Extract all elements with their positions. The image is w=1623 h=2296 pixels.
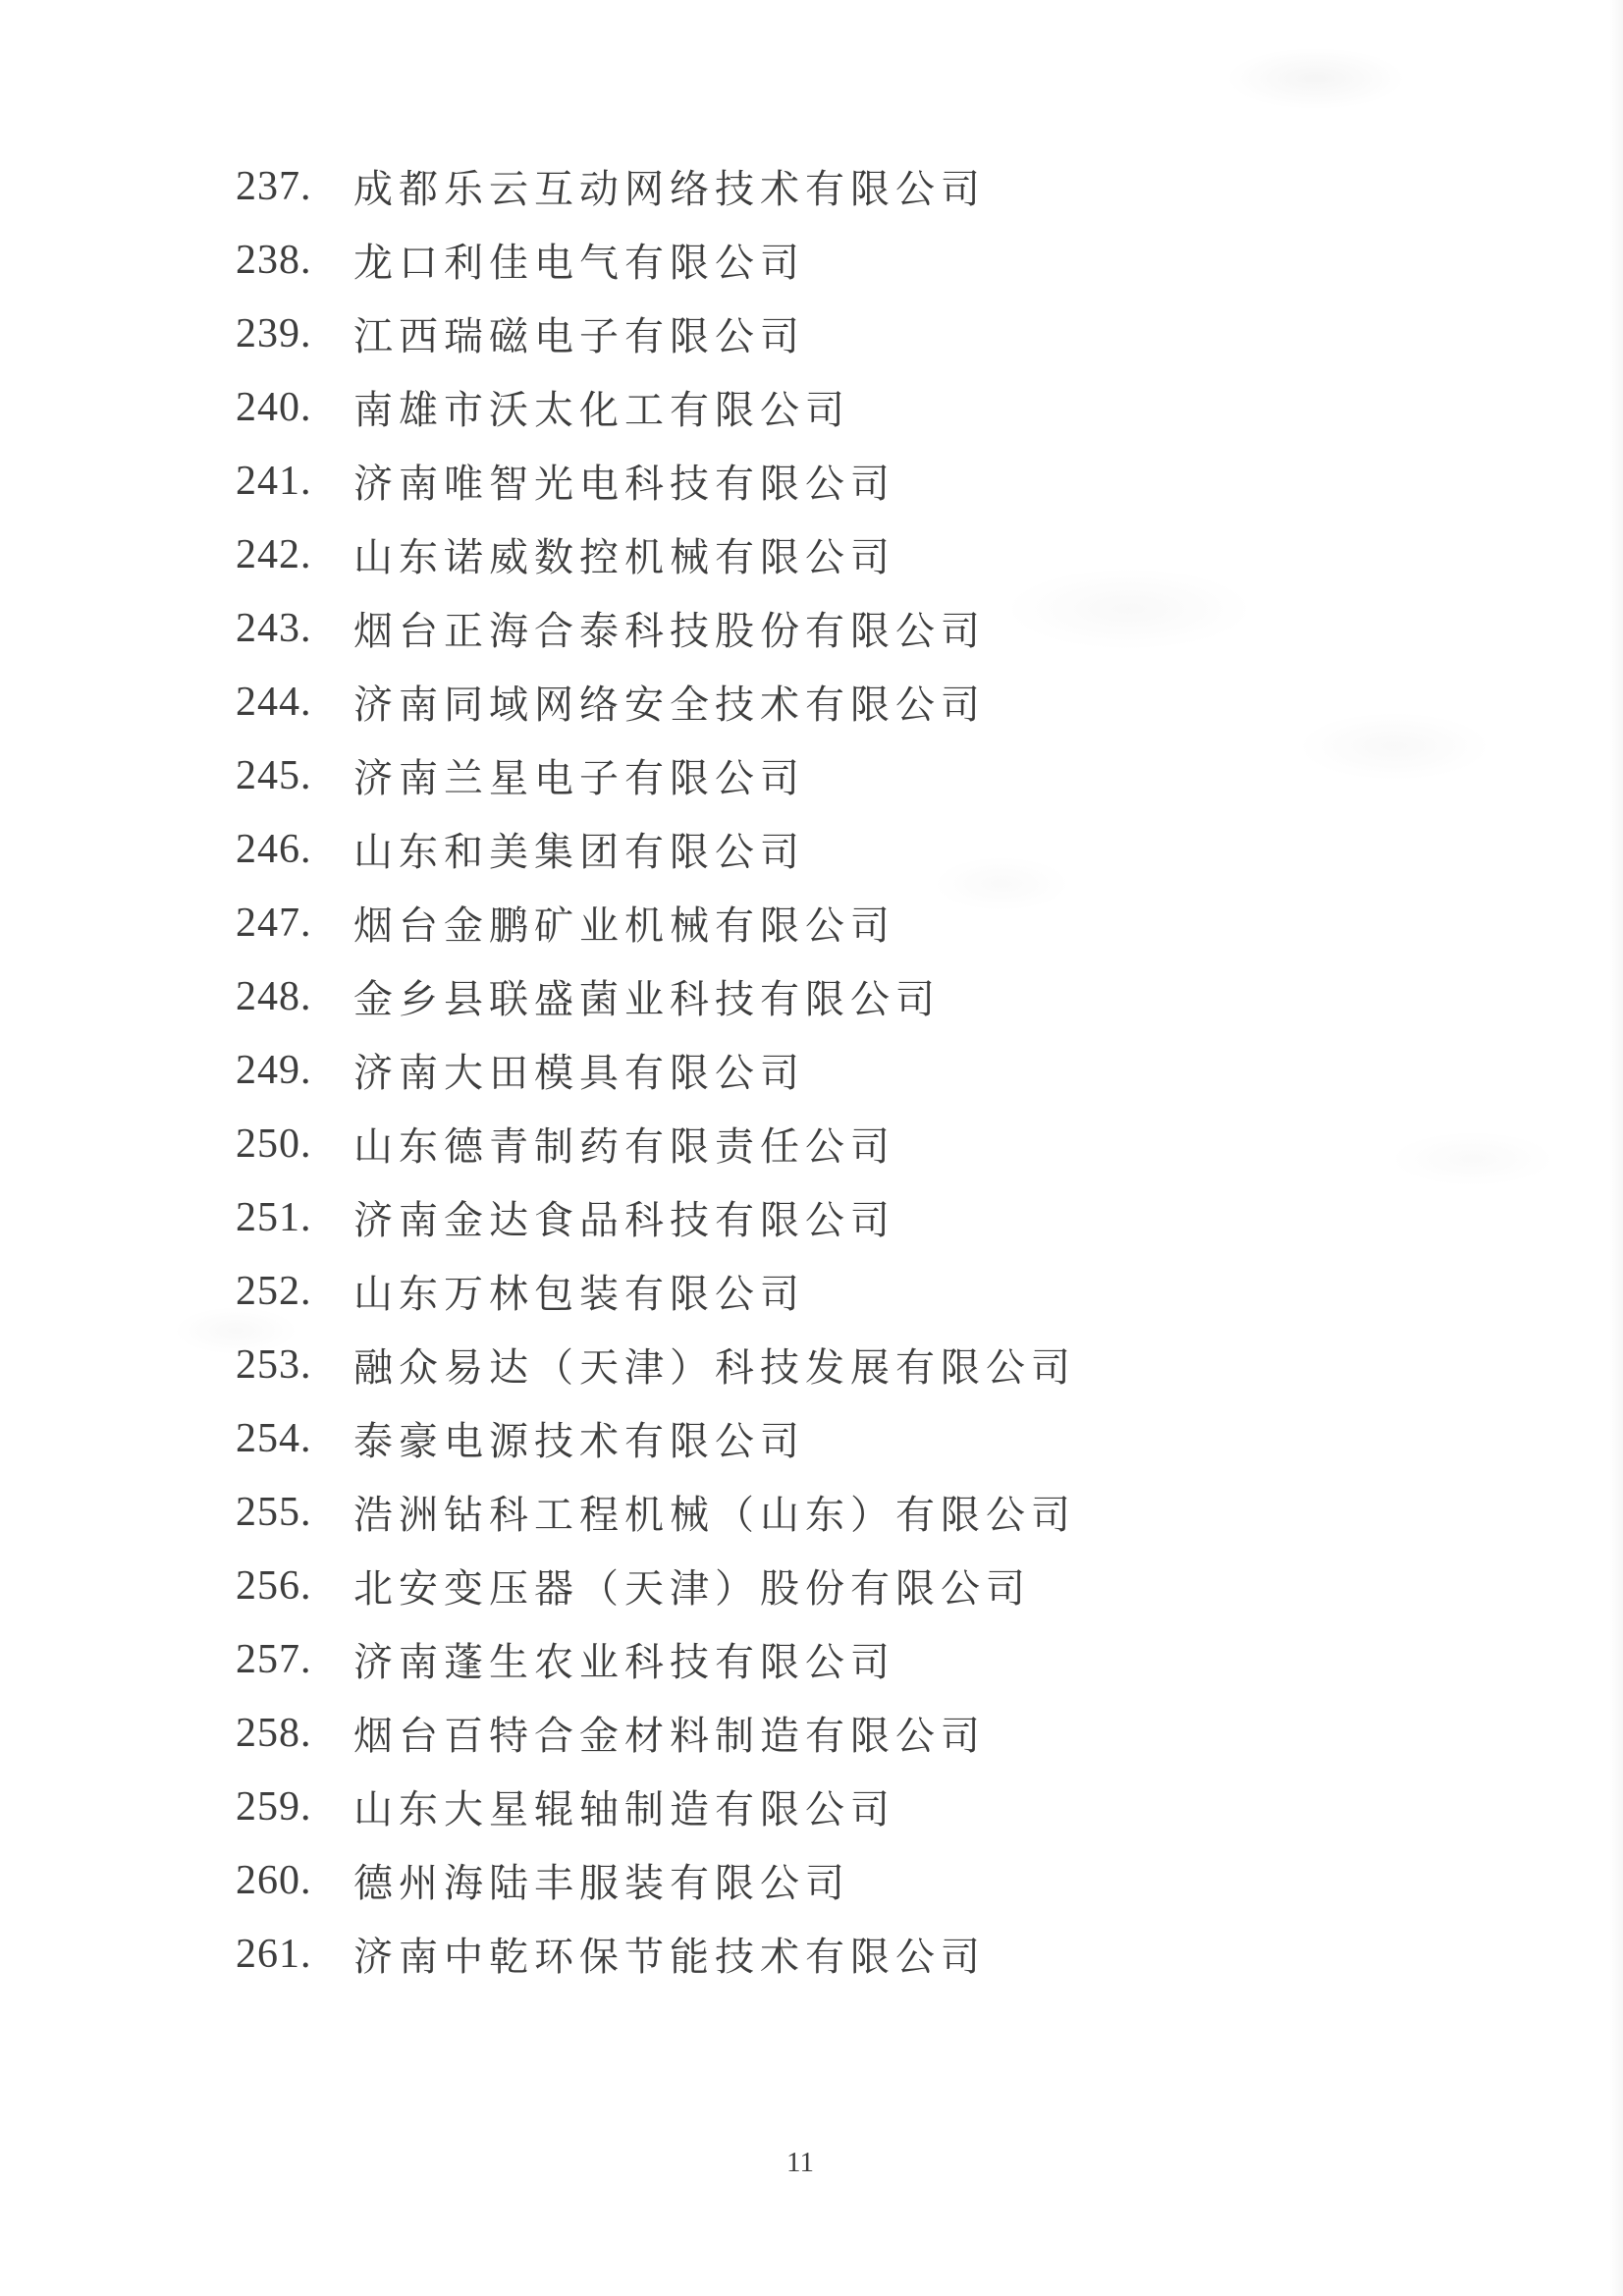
list-item: 239. 江西瑞磁电子有限公司	[236, 297, 1623, 370]
item-company-name: 德州海陆丰服装有限公司	[353, 1852, 850, 1908]
item-number: 258.	[236, 1710, 353, 1757]
list-item: 257. 济南蓬生农业科技有限公司	[236, 1622, 1623, 1696]
item-company-name: 南雄市沃太化工有限公司	[353, 379, 850, 435]
list-item: 241. 济南唯智光电科技有限公司	[236, 444, 1623, 518]
item-number: 259.	[236, 1783, 353, 1831]
item-number: 250.	[236, 1121, 353, 1168]
list-item: 254. 泰豪电源技术有限公司	[236, 1401, 1623, 1475]
list-item: 244. 济南同域网络安全技术有限公司	[236, 665, 1623, 738]
item-company-name: 烟台金鹏矿业机械有限公司	[353, 895, 895, 951]
list-item: 243. 烟台正海合泰科技股份有限公司	[236, 591, 1623, 665]
item-company-name: 金乡县联盛菌业科技有限公司	[353, 968, 941, 1024]
item-number: 241.	[236, 458, 353, 505]
item-number: 246.	[236, 826, 353, 873]
item-company-name: 济南唯智光电科技有限公司	[353, 453, 895, 509]
item-number: 257.	[236, 1636, 353, 1683]
item-number: 253.	[236, 1341, 353, 1389]
list-item: 252. 山东万林包装有限公司	[236, 1254, 1623, 1328]
item-company-name: 山东万林包装有限公司	[353, 1263, 805, 1319]
item-number: 239.	[236, 310, 353, 357]
item-company-name: 浩洲钻科工程机械（山东）有限公司	[353, 1484, 1076, 1540]
list-item: 246. 山东和美集团有限公司	[236, 812, 1623, 886]
item-company-name: 融众易达（天津）科技发展有限公司	[353, 1337, 1076, 1393]
item-number: 237.	[236, 163, 353, 210]
item-company-name: 烟台正海合泰科技股份有限公司	[353, 600, 986, 656]
list-item: 261. 济南中乾环保节能技术有限公司	[236, 1917, 1623, 1991]
page-number: 11	[786, 2147, 814, 2178]
item-company-name: 济南大田模具有限公司	[353, 1042, 805, 1098]
item-company-name: 山东德青制药有限责任公司	[353, 1116, 895, 1172]
list-item: 253. 融众易达（天津）科技发展有限公司	[236, 1328, 1623, 1401]
item-company-name: 山东诺威数控机械有限公司	[353, 526, 895, 582]
item-number: 243.	[236, 605, 353, 652]
document-page: 237. 成都乐云互动网络技术有限公司 238. 龙口利佳电气有限公司 239.…	[0, 0, 1623, 2296]
list-item: 256. 北安变压器（天津）股份有限公司	[236, 1549, 1623, 1622]
list-item: 249. 济南大田模具有限公司	[236, 1033, 1623, 1107]
list-item: 259. 山东大星辊轴制造有限公司	[236, 1770, 1623, 1843]
item-company-name: 济南蓬生农业科技有限公司	[353, 1631, 895, 1687]
item-company-name: 济南金达食品科技有限公司	[353, 1189, 895, 1245]
item-number: 248.	[236, 973, 353, 1020]
item-company-name: 山东大星辊轴制造有限公司	[353, 1778, 895, 1834]
list-item: 237. 成都乐云互动网络技术有限公司	[236, 149, 1623, 223]
list-item: 240. 南雄市沃太化工有限公司	[236, 370, 1623, 444]
item-number: 242.	[236, 531, 353, 578]
item-company-name: 烟台百特合金材料制造有限公司	[353, 1705, 986, 1761]
item-company-name: 江西瑞磁电子有限公司	[353, 305, 805, 361]
item-number: 255.	[236, 1489, 353, 1536]
item-number: 260.	[236, 1857, 353, 1904]
item-number: 251.	[236, 1194, 353, 1241]
item-number: 254.	[236, 1415, 353, 1462]
list-item: 258. 烟台百特合金材料制造有限公司	[236, 1696, 1623, 1770]
list-item: 248. 金乡县联盛菌业科技有限公司	[236, 959, 1623, 1033]
item-company-name: 山东和美集团有限公司	[353, 821, 805, 877]
item-company-name: 成都乐云互动网络技术有限公司	[353, 158, 986, 214]
list-item: 255. 浩洲钻科工程机械（山东）有限公司	[236, 1475, 1623, 1549]
item-company-name: 龙口利佳电气有限公司	[353, 232, 805, 288]
item-company-name: 济南中乾环保节能技术有限公司	[353, 1926, 986, 1982]
item-number: 249.	[236, 1047, 353, 1094]
list-item: 238. 龙口利佳电气有限公司	[236, 223, 1623, 297]
item-number: 247.	[236, 900, 353, 947]
list-item: 247. 烟台金鹏矿业机械有限公司	[236, 886, 1623, 959]
item-company-name: 济南兰星电子有限公司	[353, 747, 805, 803]
item-number: 261.	[236, 1931, 353, 1978]
item-number: 238.	[236, 237, 353, 284]
item-number: 244.	[236, 679, 353, 726]
list-item: 251. 济南金达食品科技有限公司	[236, 1180, 1623, 1254]
item-company-name: 济南同域网络安全技术有限公司	[353, 674, 986, 730]
list-item: 245. 济南兰星电子有限公司	[236, 738, 1623, 812]
item-company-name: 北安变压器（天津）股份有限公司	[353, 1558, 1031, 1613]
item-number: 252.	[236, 1268, 353, 1315]
item-company-name: 泰豪电源技术有限公司	[353, 1410, 805, 1466]
item-number: 240.	[236, 384, 353, 431]
list-item: 250. 山东德青制药有限责任公司	[236, 1107, 1623, 1180]
company-list: 237. 成都乐云互动网络技术有限公司 238. 龙口利佳电气有限公司 239.…	[0, 149, 1623, 1991]
item-number: 256.	[236, 1562, 353, 1610]
list-item: 242. 山东诺威数控机械有限公司	[236, 518, 1623, 591]
list-item: 260. 德州海陆丰服装有限公司	[236, 1843, 1623, 1917]
page-footer: 11	[0, 2147, 1600, 2179]
item-number: 245.	[236, 752, 353, 799]
